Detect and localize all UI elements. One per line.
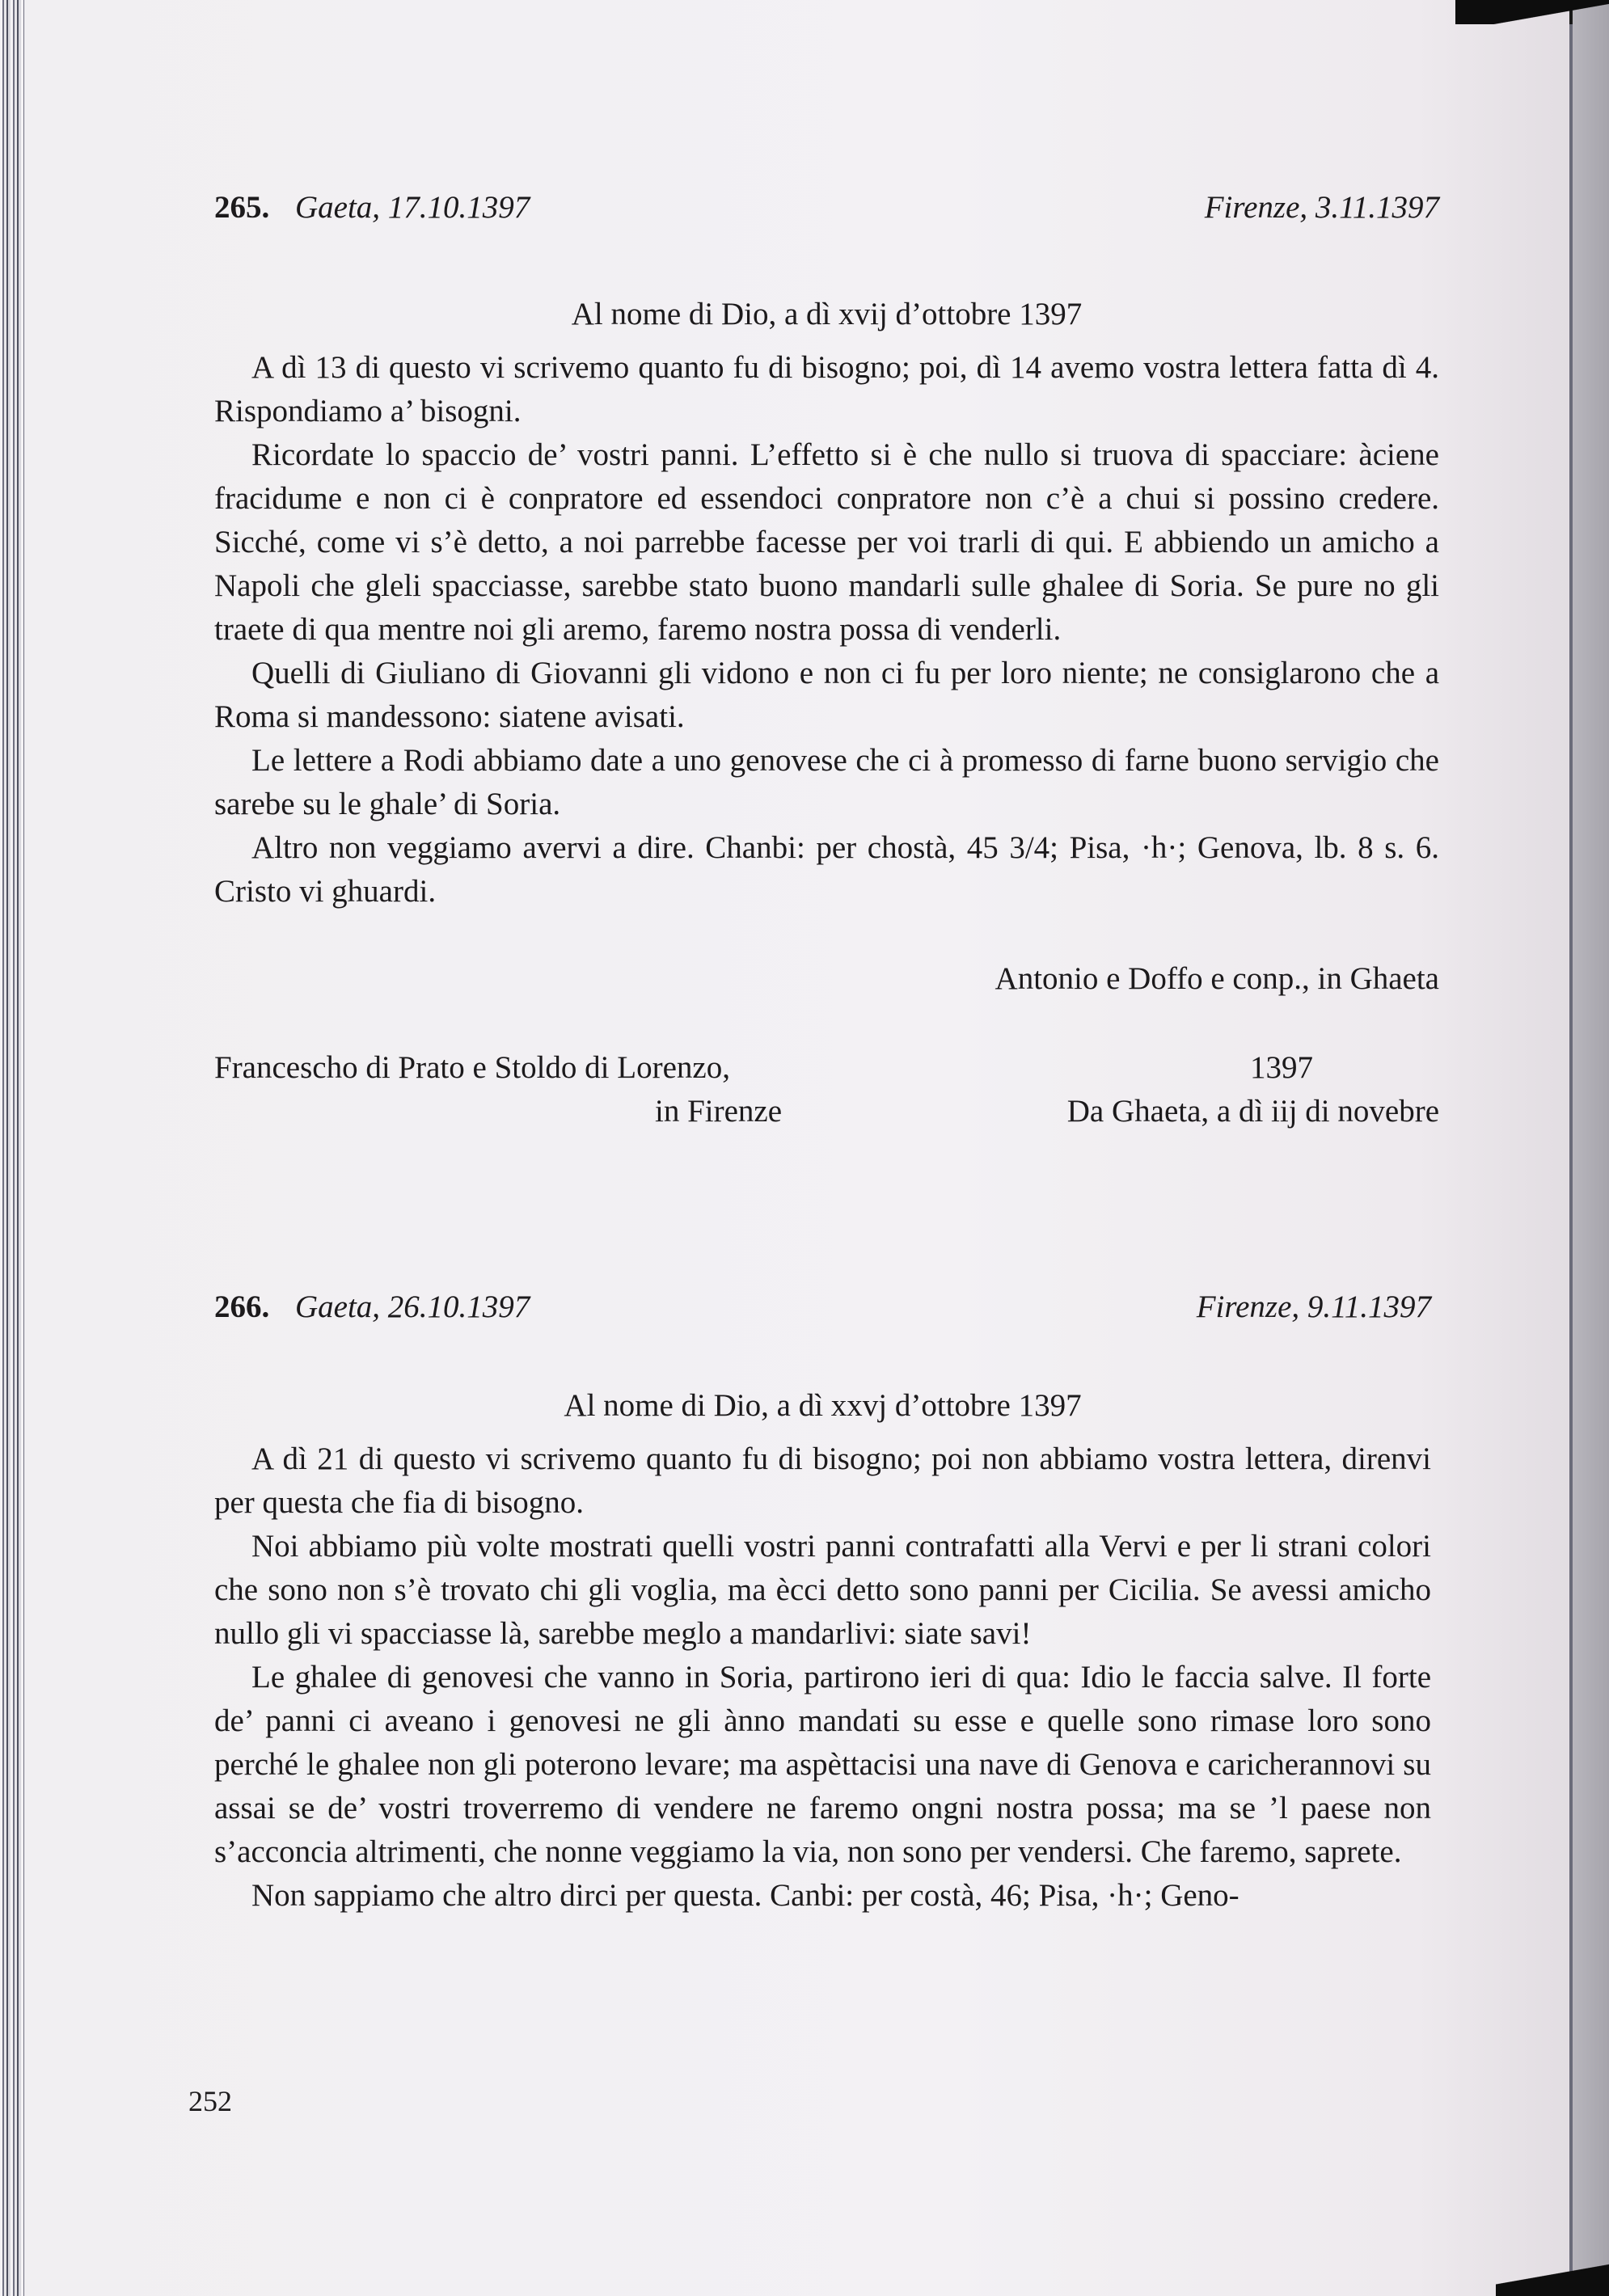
letter-265: 265. Gaeta, 17.10.1397 Firenze, 3.11.139…: [214, 186, 1439, 1133]
paragraph: Ricordate lo spaccio de’ vostri panni. L…: [214, 433, 1439, 652]
address-recipient: Francescho di Prato e Stoldo di Lorenzo,: [214, 1046, 730, 1090]
letter-number: 266.: [214, 1289, 269, 1324]
letter-invocation: Al nome di Dio, a dì xvij d’ottobre 1397: [214, 293, 1439, 336]
top-shadow: [1455, 0, 1609, 24]
letter-signature: Antonio e Doffo e conp., in Ghaeta: [214, 957, 1439, 1001]
letter-destination: Firenze, 9.11.1397: [1197, 1285, 1431, 1329]
address-recipient-place: in Firenze: [655, 1090, 782, 1133]
paragraph: A dì 13 di questo vi scrivemo quanto fu …: [214, 346, 1439, 433]
letter-header: 265. Gaeta, 17.10.1397 Firenze, 3.11.139…: [214, 186, 1439, 243]
letter-destination: Firenze, 3.11.1397: [1205, 186, 1439, 230]
paragraph: A dì 21 di questo vi scrivemo quanto fu …: [214, 1437, 1431, 1525]
paragraph: Noi abbiamo più volte mostrati quelli vo…: [214, 1525, 1431, 1656]
page-stack-edge: [0, 0, 24, 2296]
letter-origin: Gaeta, 17.10.1397: [295, 190, 530, 225]
letter-266: 266. Gaeta, 26.10.1397 Firenze, 9.11.139…: [214, 1285, 1431, 1918]
address-arrival-note: Da Ghaeta, a dì iij di novebre: [1067, 1090, 1439, 1133]
page-number: 252: [188, 2084, 232, 2118]
letter-address: Francescho di Prato e Stoldo di Lorenzo,…: [214, 1046, 1439, 1133]
letter-invocation: Al nome di Dio, a dì xxvj d’ottobre 1397: [214, 1384, 1431, 1428]
paragraph: Non sappiamo che altro dirci per questa.…: [214, 1874, 1431, 1918]
bottom-shadow: [1496, 2264, 1609, 2296]
address-year: 1397: [1217, 1046, 1346, 1090]
paragraph: Le lettere a Rodi abbiamo date a uno gen…: [214, 739, 1439, 826]
paragraph: Quelli di Giuliano di Giovanni gli vidon…: [214, 652, 1439, 739]
paragraph: Altro non veggiamo avervi a dire. Chanbi…: [214, 826, 1439, 914]
letter-number: 265.: [214, 190, 269, 225]
paragraph: Le ghalee di genovesi che vanno in Soria…: [214, 1656, 1431, 1874]
facing-page-edge: [1573, 0, 1609, 2296]
letter-header: 266. Gaeta, 26.10.1397 Firenze, 9.11.139…: [214, 1285, 1431, 1342]
letter-origin: Gaeta, 26.10.1397: [295, 1289, 530, 1324]
